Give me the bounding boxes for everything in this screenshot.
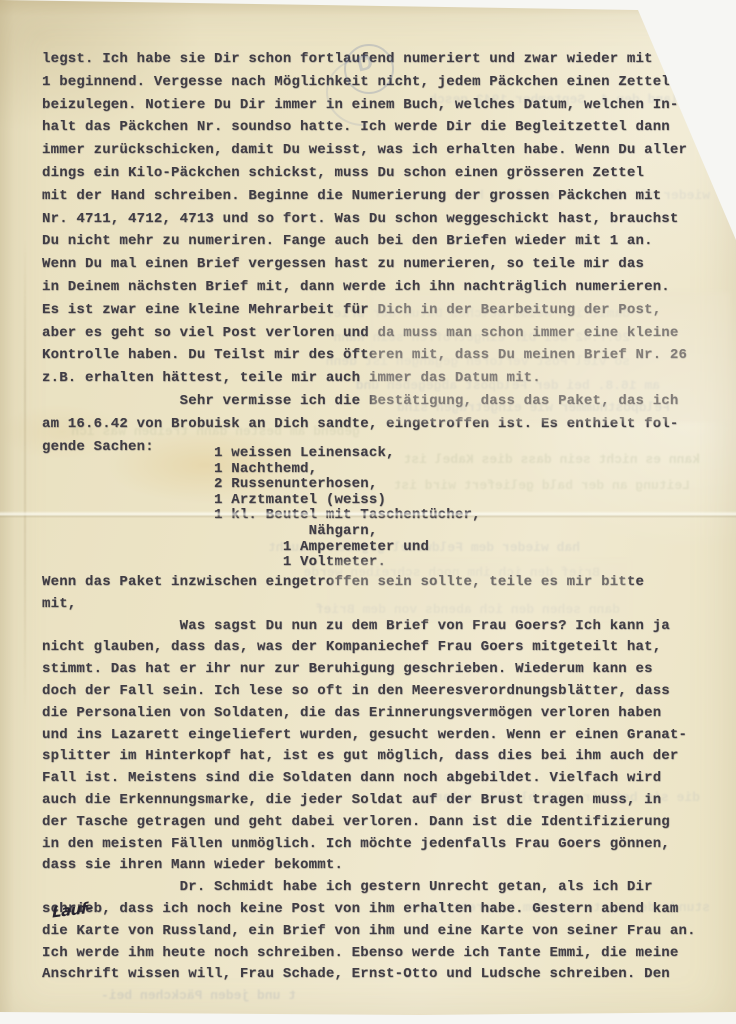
letter-parcel-contents-list: 1 weissen Leinensack, 1 Nachthemd, 2 Rus… — [42, 446, 481, 571]
ink-speck — [722, 75, 726, 79]
letter-page: Russland den 4. September 1942 geschrieb… — [0, 0, 736, 1024]
scanned-letter-scene: Russland den 4. September 1942 geschrieb… — [0, 0, 736, 1024]
letter-paragraph-news: Wenn das Paket inzwischen eingetroffen s… — [42, 572, 696, 986]
bleed-through-text: t und jeden Päckchen bei- — [36, 988, 296, 1003]
